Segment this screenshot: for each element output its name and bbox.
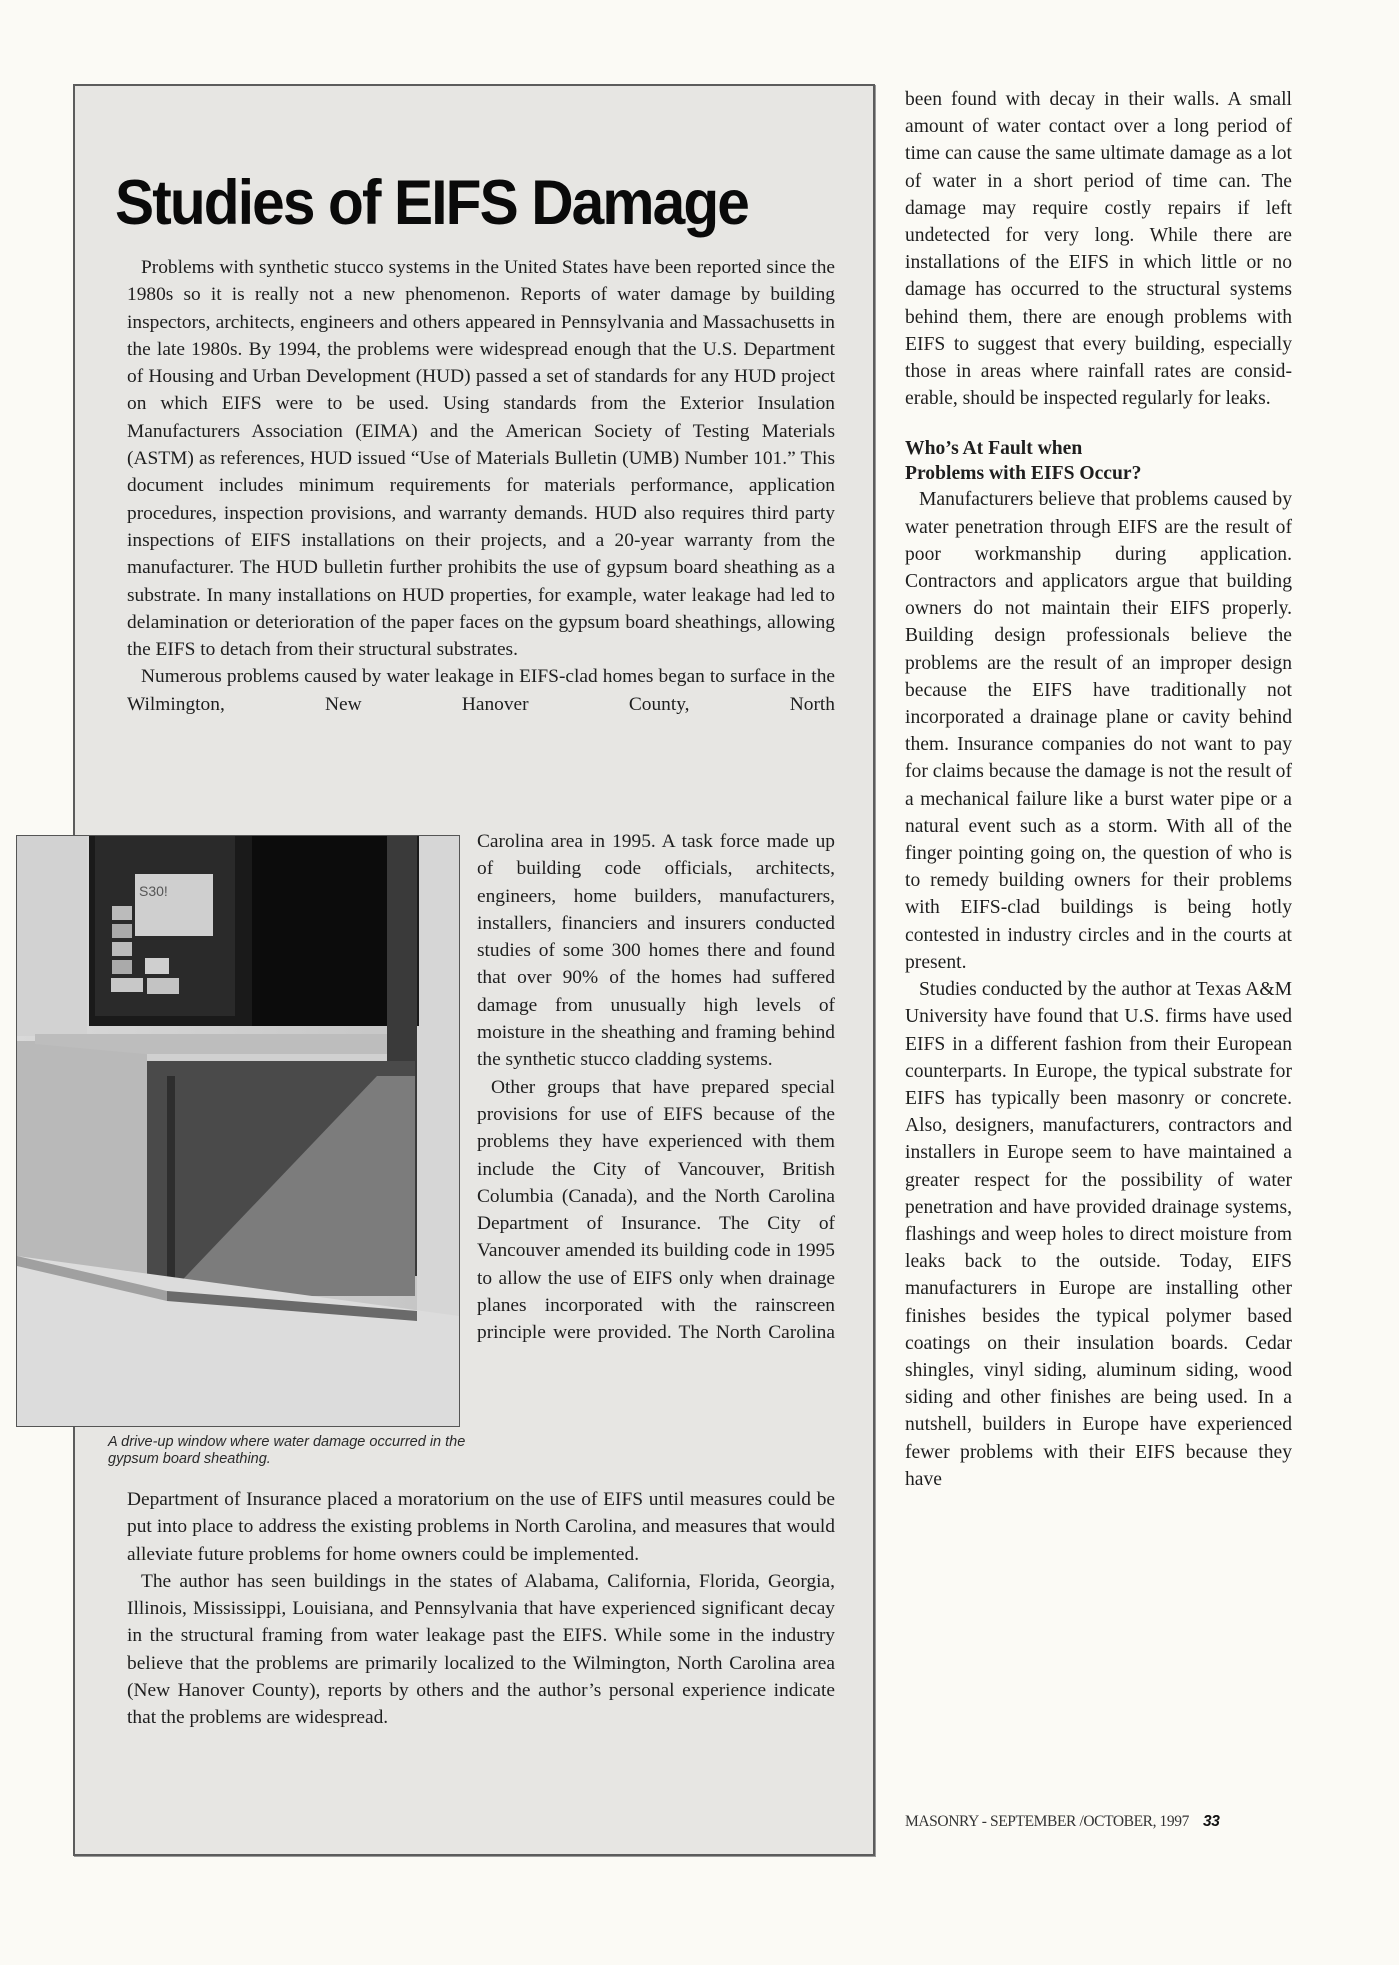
paragraph: The author has seen buildings in the sta… — [127, 1568, 835, 1732]
page-number: 33 — [1203, 1813, 1219, 1830]
paragraph: Carolina area in 1995. A task force made… — [477, 828, 835, 1074]
photo-illustration: S30! — [17, 836, 459, 1426]
paragraph: Numerous problems caused by water leakag… — [127, 663, 835, 718]
sidebar-text-narrow: Carolina area in 1995. A task force made… — [477, 828, 835, 1347]
paragraph: Other groups that have prepared special … — [477, 1074, 835, 1347]
page-footer: MASONRY - SEPTEMBER /OCTOBER, 199733 — [905, 1813, 1219, 1831]
paragraph: Department of Insurance placed a morator… — [127, 1486, 835, 1568]
paragraph: Problems with synthetic stucco systems i… — [127, 254, 835, 663]
sidebar-text-top: Problems with synthetic stucco systems i… — [127, 254, 835, 718]
svg-text:S30!: S30! — [139, 883, 168, 899]
drive-up-window-photo: S30! — [16, 835, 460, 1427]
sidebar-title: Studies of EIFS Damage — [115, 168, 794, 238]
photo-caption: A drive-up window where water damage occ… — [108, 1434, 468, 1468]
section-heading-line: Problems with EIFS Occur? — [905, 461, 1292, 486]
paragraph: been found with decay in their walls. A … — [905, 86, 1292, 412]
publication-info: MASONRY - SEPTEMBER /OCTOBER, 1997 — [905, 1813, 1189, 1830]
paragraph: Manufacturers believe that prob­lems cau… — [905, 486, 1292, 976]
section-heading: Who’s At Fault when Problems with EIFS O… — [905, 436, 1292, 486]
paragraph: Studies conducted by the author at Texas… — [905, 976, 1292, 1493]
sidebar-text-bottom: Department of Insurance placed a morator… — [127, 1486, 835, 1732]
section-heading-line: Who’s At Fault when — [905, 436, 1292, 461]
main-article-column: been found with decay in their walls. A … — [905, 86, 1292, 1493]
